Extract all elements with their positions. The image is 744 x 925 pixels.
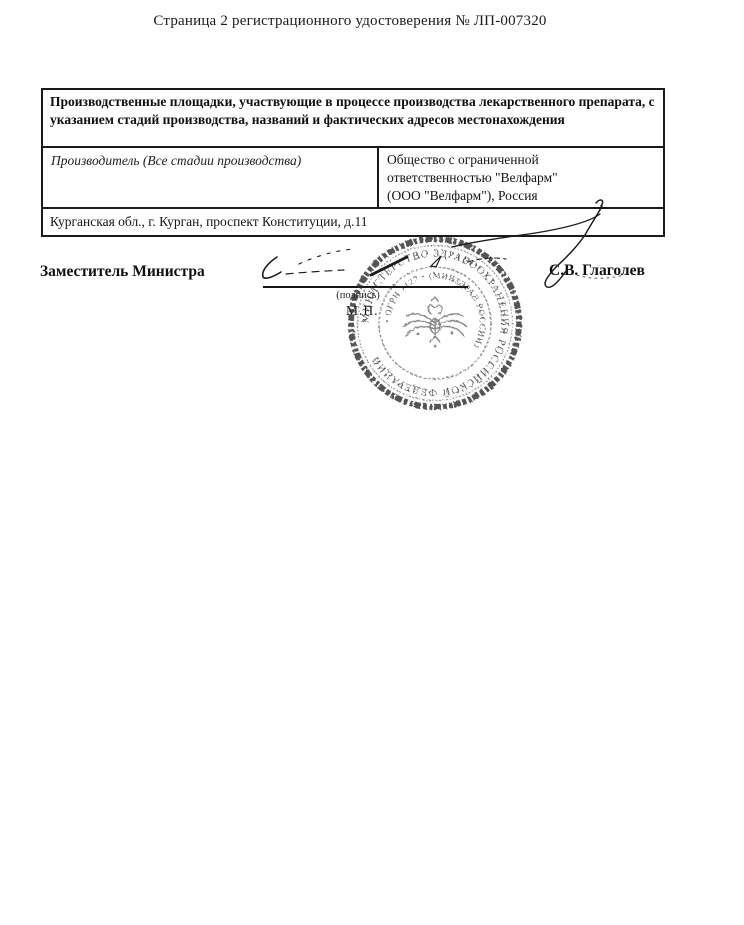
producer-row: Производитель (Все стадии производства) … bbox=[43, 148, 663, 209]
eagle-emblem-icon bbox=[403, 297, 467, 347]
signature-dash-trail bbox=[286, 270, 344, 274]
producer-value-cell: Общество с ограниченной ответственностью… bbox=[379, 148, 663, 207]
producer-label-cell: Производитель (Все стадии производства) bbox=[43, 148, 379, 207]
ministry-round-stamp-icon: МИНИСТЕРСТВО ЗДРАВООХРАНЕНИЯ РОССИЙСКОЙ … bbox=[346, 234, 524, 412]
scanned-document-page: Страница 2 регистрационного удостоверени… bbox=[0, 0, 744, 925]
table-title-cell: Производственные площадки, участвующие в… bbox=[43, 90, 663, 148]
production-sites-table: Производственные площадки, участвующие в… bbox=[41, 88, 665, 237]
producer-value-text: Общество с ограниченной ответственностью… bbox=[387, 151, 583, 205]
page-header-text: Страница 2 регистрационного удостоверени… bbox=[0, 13, 700, 30]
address-cell: Курганская обл., г. Курган, проспект Кон… bbox=[43, 209, 663, 235]
signature-flourish bbox=[263, 257, 281, 278]
official-title-label: Заместитель Министра bbox=[40, 263, 205, 281]
signature-dotted-curve bbox=[299, 249, 353, 264]
signer-name-label: С.В. Глаголев bbox=[549, 262, 645, 280]
